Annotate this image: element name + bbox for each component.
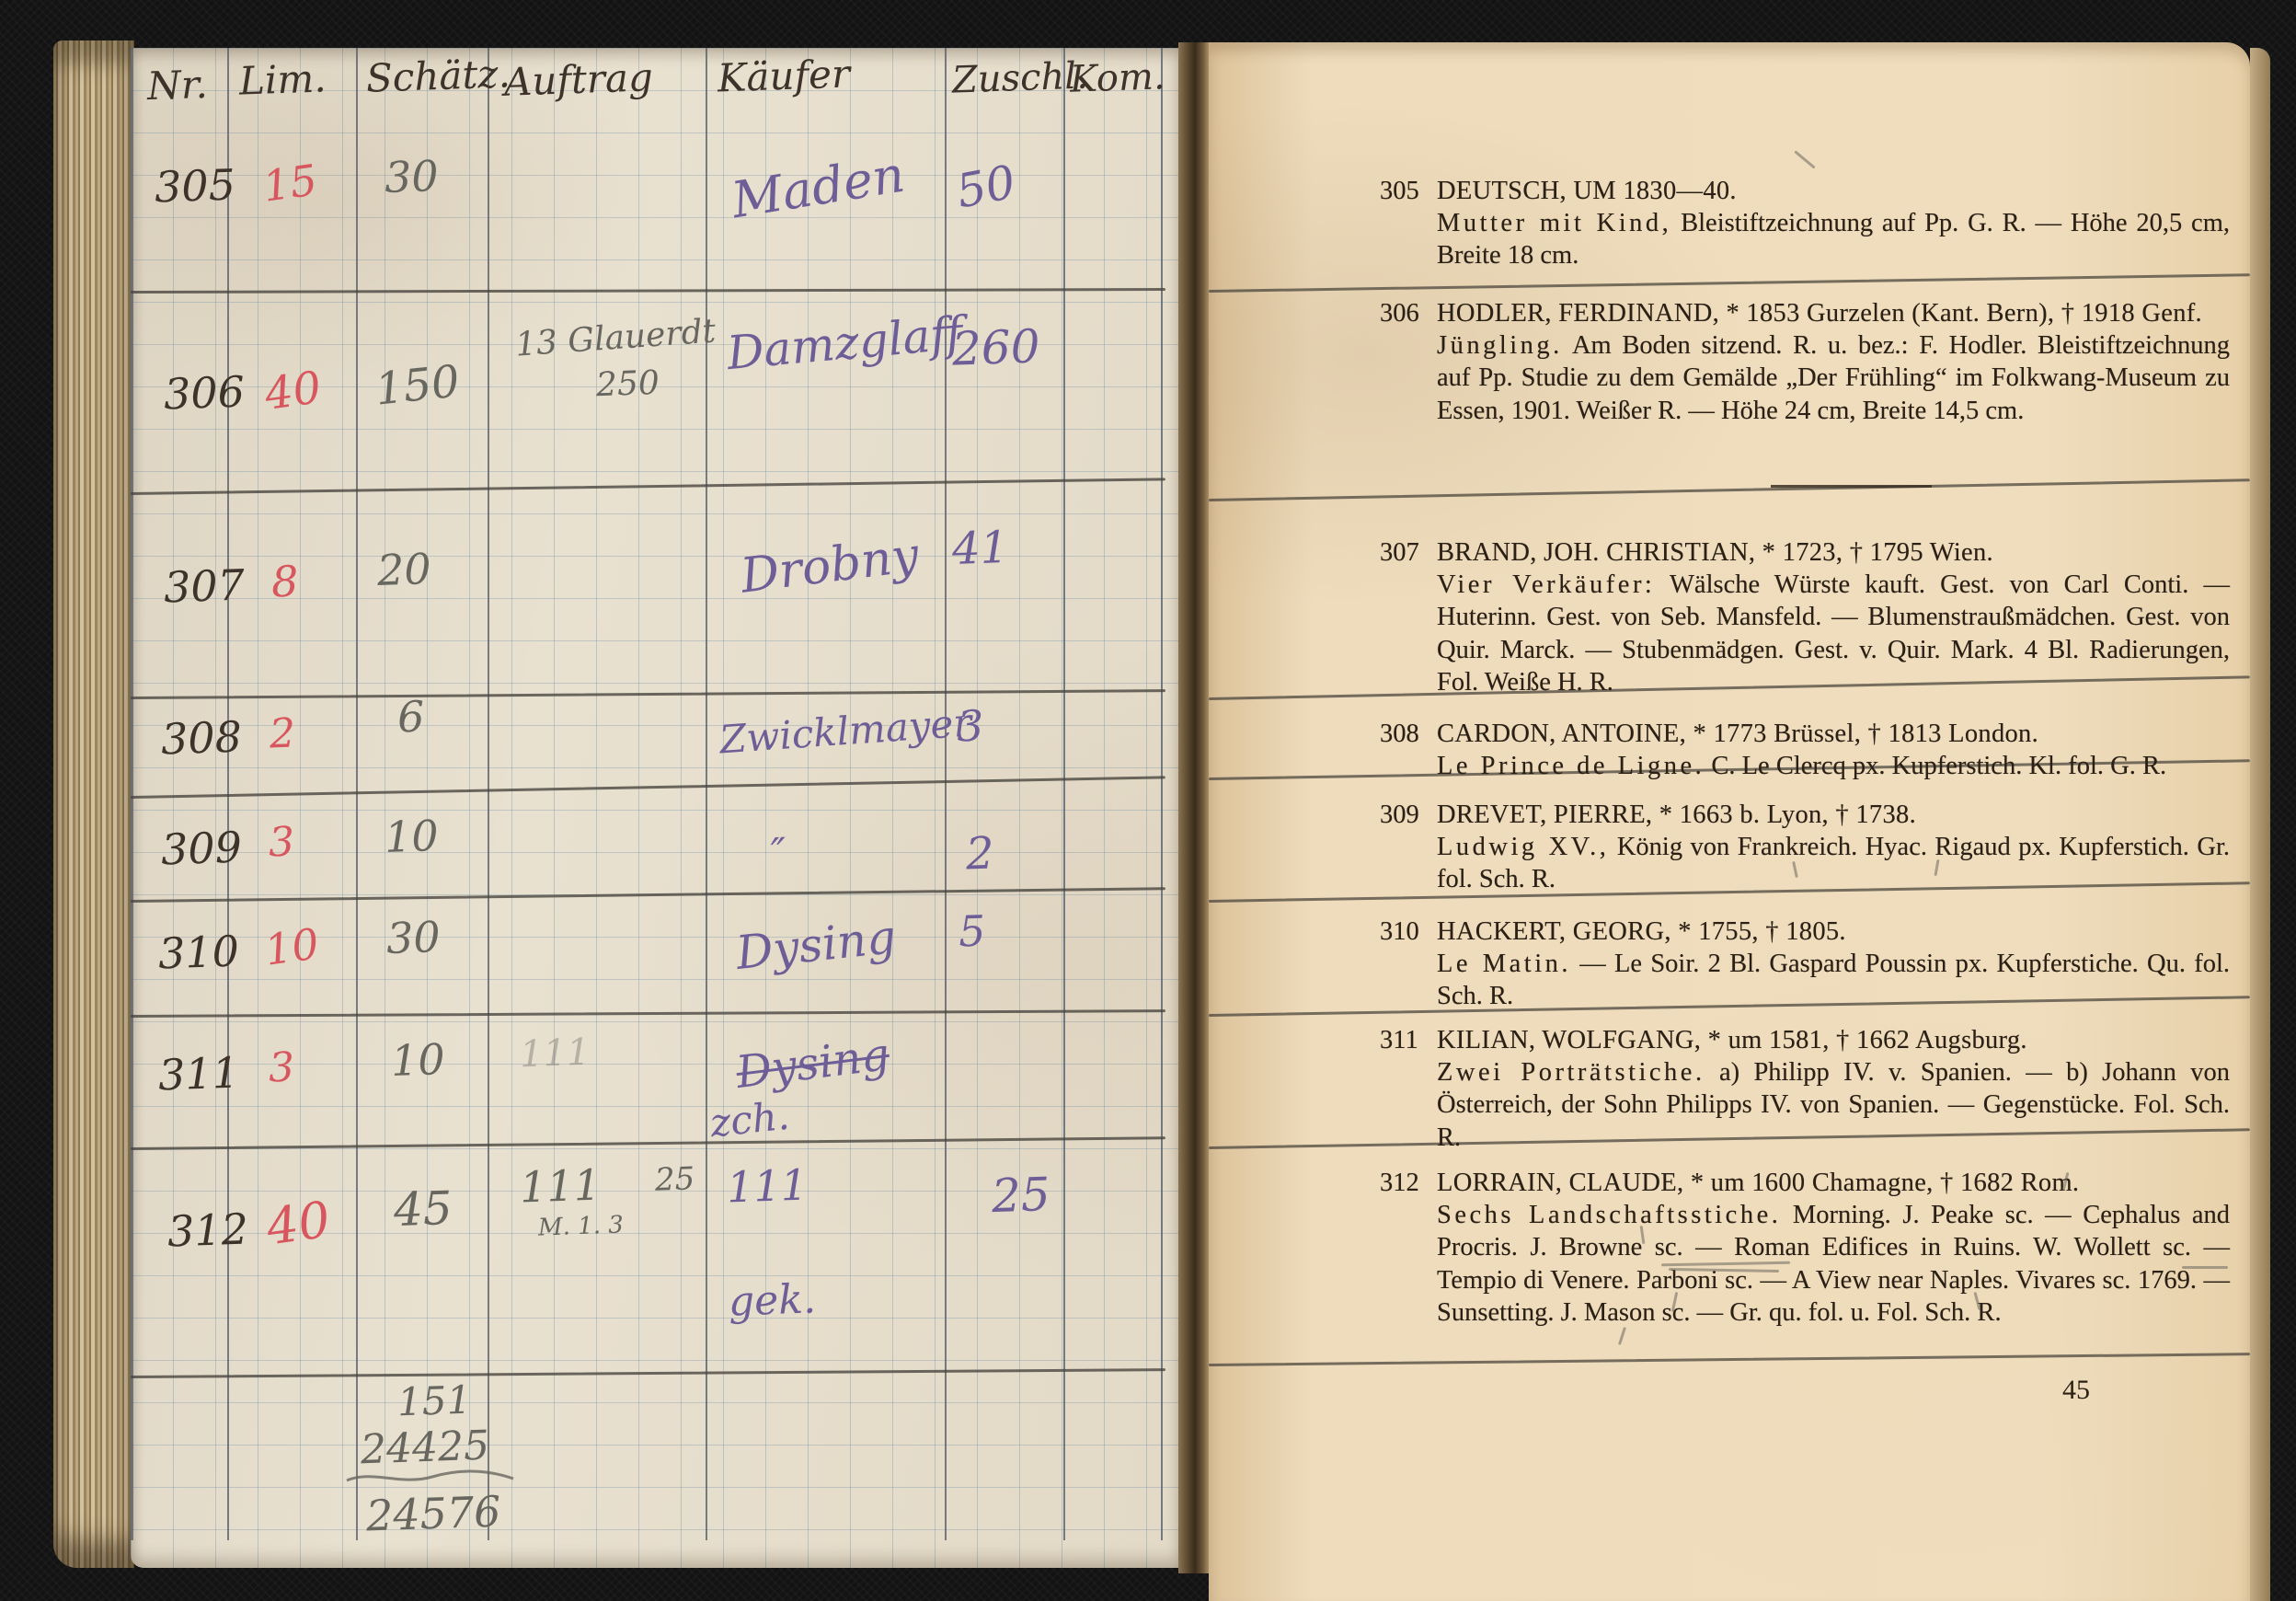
cell-auftrag-note: M. 1. 3 (538, 1211, 625, 1241)
cell-lim: 2 (269, 710, 296, 758)
cell-auftrag: 13 Glauerdt (514, 312, 717, 363)
cell-nr: 312 (166, 1204, 249, 1256)
cell-zuschl: 41 (951, 522, 1009, 575)
catalog-entry-311: 311 KILIAN, WOLFGANG, * um 1581, † 1662 … (1437, 1024, 2230, 1154)
section-rule (1771, 485, 1932, 488)
cell-kaeufer-note: gek. (728, 1275, 817, 1325)
catalog-entry-305: 305 DEUTSCH, UM 1830—40. Mutter mit Kind… (1437, 175, 2230, 272)
cell-zuschl: 2 (965, 827, 994, 880)
entry-lead: Vier Verkäufer: (1437, 570, 1655, 599)
row-separator (131, 288, 1165, 294)
cell-kaeufer: 111 (726, 1159, 809, 1212)
cell-nr: 308 (160, 711, 243, 764)
header-kaeufer: Käufer (717, 52, 851, 101)
cell-kaeufer-crossed: Dysing (733, 1029, 892, 1099)
cell-schaetz: 20 (376, 544, 431, 595)
column-rule (706, 48, 707, 1540)
cell-lim: 3 (268, 819, 295, 867)
totals-wavy-rule (345, 1468, 515, 1488)
header-lim: Lim. (238, 55, 327, 103)
column-rule (1161, 48, 1163, 1540)
catalog-entry-310: 310 HACKERT, GEORG, * 1755, † 1805. Le M… (1437, 916, 2230, 1013)
header-zuschl: Zuschl. (951, 54, 1088, 101)
entry-lead: Zwei Porträtstiche. (1437, 1058, 1705, 1087)
column-rule (1063, 48, 1065, 1540)
row-separator (131, 1136, 1165, 1150)
cell-nr: 307 (163, 559, 246, 612)
entry-number: 312 (1380, 1167, 1419, 1199)
page-number: 45 (2062, 1375, 2090, 1406)
catalog-entry-308: 308 CARDON, ANTOINE, * 1773 Brüssel, † 1… (1437, 718, 2230, 782)
cell-lim: 15 (260, 155, 320, 212)
cell-auftrag: 111 (519, 1159, 602, 1212)
book-photo: Nr. Lim. Schätz. Auftrag Käufer Zuschl. … (0, 0, 2296, 1601)
book-gutter (1178, 42, 1209, 1573)
header-kom: Kom. (1069, 55, 1165, 101)
entry-heading: CARDON, ANTOINE, * 1773 Brüssel, † 1813 … (1437, 720, 2038, 748)
cell-zuschl: 260 (951, 319, 1040, 375)
cell-schaetz: 10 (390, 1034, 445, 1086)
entry-lead: Ludwig XV., (1437, 833, 1609, 861)
row-separator (131, 1009, 1165, 1018)
entry-heading: HACKERT, GEORG, * 1755, † 1805. (1437, 917, 1846, 946)
cell-lim: 8 (270, 557, 299, 607)
entry-heading: DEUTSCH, UM 1830—40. (1437, 177, 1737, 205)
entry-number: 311 (1380, 1024, 1418, 1056)
cell-auftrag-note: 250 (595, 364, 660, 404)
cell-nr: 309 (160, 822, 243, 874)
cell-schaetz: 30 (385, 912, 441, 963)
cell-zuschl: 50 (952, 155, 1020, 218)
entry-lead: Le Matin. (1437, 950, 1571, 978)
catalog-entry-309: 309 DREVET, PIERRE, * 1663 b. Lyon, † 17… (1437, 799, 2230, 896)
catalog-entry-306: 306 HODLER, FERDINAND, * 1853 Gurzelen (… (1437, 297, 2230, 427)
cell-kaeufer: Damzglaff (725, 306, 965, 380)
cell-kaeufer: Drobny (738, 527, 922, 604)
entry-heading: KILIAN, WOLFGANG, * um 1581, † 1662 Augs… (1437, 1026, 2027, 1054)
cell-lim: 40 (261, 362, 324, 420)
cell-nr: 305 (154, 159, 236, 212)
entry-number: 307 (1380, 536, 1419, 569)
entry-number: 309 (1380, 799, 1419, 831)
page-edge-right (2250, 48, 2270, 1601)
cell-lim: 10 (262, 918, 322, 975)
cell-zuschl: 3 (956, 701, 984, 752)
entry-number: 310 (1380, 916, 1419, 948)
entry-heading: DREVET, PIERRE, * 1663 b. Lyon, † 1738. (1437, 800, 1916, 829)
cell-kaeufer-ditto: ″ (770, 830, 786, 878)
header-schaetz: Schätz. (365, 51, 511, 100)
cell-auftrag: 111 (519, 1031, 591, 1077)
entry-number: 308 (1380, 718, 1419, 750)
total-sum1: 151 (396, 1377, 472, 1425)
pencil-tick (1794, 150, 1815, 168)
header-auftrag: Auftrag (503, 54, 653, 105)
entry-lead: Jüngling. (1437, 331, 1563, 360)
cell-zuschl: 25 (991, 1168, 1051, 1223)
row-separator (131, 478, 1165, 495)
cell-schaetz: 30 (384, 151, 439, 202)
column-rule (131, 48, 133, 1540)
entry-lead: Mutter mit Kind, (1437, 209, 1671, 237)
row-separator (131, 689, 1165, 699)
cell-auftrag-extra: 25 (654, 1160, 695, 1198)
header-nr: Nr. (146, 62, 208, 109)
cell-schaetz: 10 (384, 811, 439, 862)
entry-separator (1209, 1353, 2250, 1365)
catalog-entry-312: 312 LORRAIN, CLAUDE, * um 1600 Chamagne,… (1437, 1167, 2230, 1329)
entry-separator (1209, 273, 2250, 292)
entry-body: C. Le Clercq px. Kupferstich. Kl. fol. G… (1711, 752, 2166, 780)
total-result: 24576 (365, 1486, 501, 1540)
total-sum2: 24425 (360, 1422, 490, 1474)
catalog-entry-307: 307 BRAND, JOH. CHRISTIAN, * 1723, † 179… (1437, 536, 2230, 698)
entry-separator (1209, 478, 2250, 501)
entry-heading: BRAND, JOH. CHRISTIAN, * 1723, † 1795 Wi… (1437, 538, 1993, 567)
cell-nr: 311 (157, 1047, 240, 1100)
entry-number: 306 (1380, 297, 1419, 329)
entry-lead: Le Prince de Ligne. (1437, 752, 1705, 780)
cell-schaetz: 150 (373, 355, 462, 415)
cell-zuschl: 5 (958, 906, 986, 957)
column-rule (945, 48, 947, 1540)
cell-nr: 310 (157, 926, 240, 978)
cell-nr: 306 (163, 366, 246, 419)
cell-lim: 40 (263, 1191, 334, 1257)
cell-lim: 3 (268, 1044, 295, 1092)
ledger-page: Nr. Lim. Schätz. Auftrag Käufer Zuschl. … (131, 48, 1181, 1568)
cell-schaetz: 45 (393, 1181, 453, 1237)
pencil-digit-mark (1618, 1327, 1626, 1345)
row-separator (131, 1368, 1165, 1378)
pencil-underline-ce (2182, 1266, 2228, 1269)
row-separator (131, 776, 1165, 799)
cell-kaeufer: Maden (728, 145, 908, 230)
column-rule (488, 48, 489, 1540)
cell-kaeufer: Zwicklmayer (718, 699, 973, 762)
row-separator (131, 887, 1165, 903)
page-edge-stack (53, 40, 134, 1568)
entry-lead: Sechs Landschaftsstiche. (1437, 1201, 1781, 1229)
entry-heading: HODLER, FERDINAND, * 1853 Gurzelen (Kant… (1437, 299, 2202, 328)
cell-kaeufer-note: zch. (708, 1093, 792, 1146)
cell-schaetz: 6 (396, 692, 425, 743)
catalog-page: 305 DEUTSCH, UM 1830—40. Mutter mit Kind… (1209, 42, 2250, 1601)
cell-kaeufer: Dysing (733, 910, 898, 980)
entry-number: 305 (1380, 175, 1419, 207)
entry-heading: LORRAIN, CLAUDE, * um 1600 Chamagne, † 1… (1437, 1169, 2079, 1197)
